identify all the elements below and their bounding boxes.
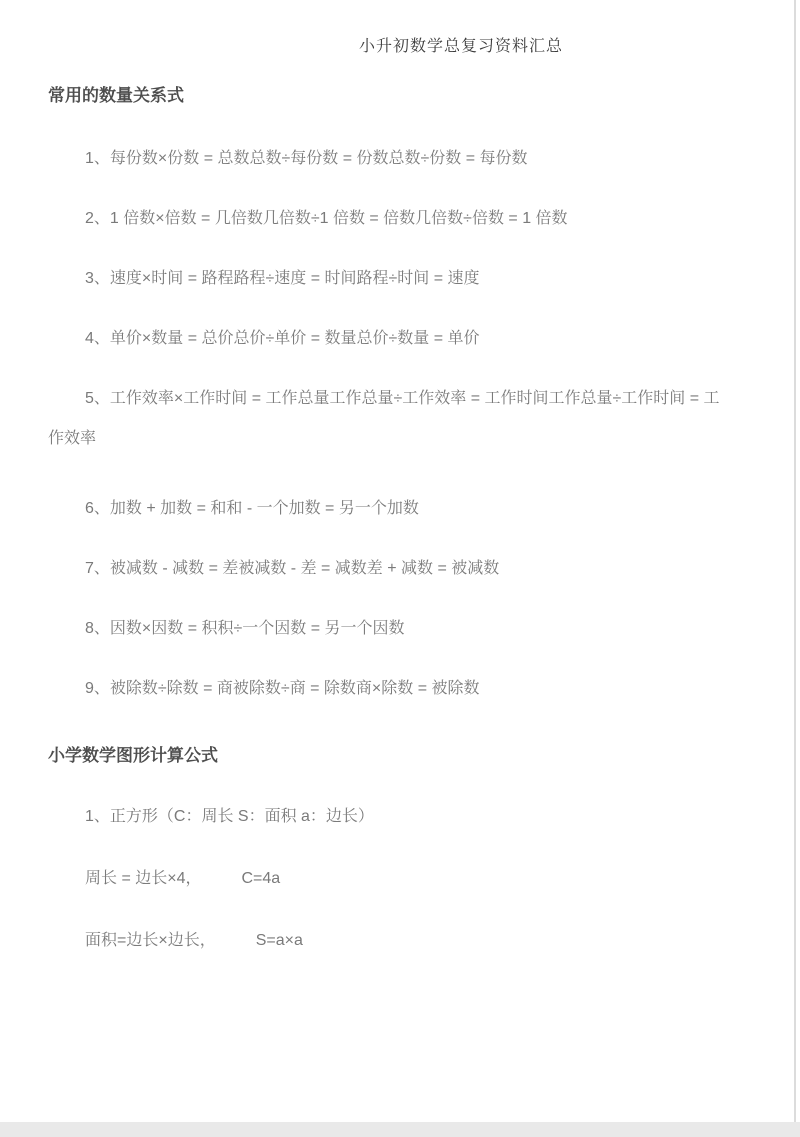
formula-line-1: 1、每份数×份数 = 总数总数÷每份数 = 份数总数÷份数 = 每份数 xyxy=(48,148,764,170)
document-page: 小升初数学总复习资料汇总 常用的数量关系式 1、每份数×份数 = 总数总数÷每份… xyxy=(0,0,800,1122)
formula-line-5-continuation: 作效率 xyxy=(48,428,764,450)
formula-line-3: 3、速度×时间 = 路程路程÷速度 = 时间路程÷时间 = 速度 xyxy=(48,268,764,290)
formula-line-2: 2、1 倍数×倍数 = 几倍数几倍数÷1 倍数 = 倍数几倍数÷倍数 = 1 倍… xyxy=(48,208,764,230)
formula-line-6: 6、加数 + 加数 = 和和 - 一个加数 = 另一个加数 xyxy=(48,498,764,520)
formula-line-7: 7、被减数 - 减数 = 差被减数 - 差 = 减数差 + 减数 = 被减数 xyxy=(48,558,764,580)
document-title: 小升初数学总复习资料汇总 xyxy=(103,36,800,58)
geometry-line-3: 面积=边长×边长， S=a×a xyxy=(48,930,764,952)
formula-line-4: 4、单价×数量 = 总价总价÷单价 = 数量总价÷数量 = 单价 xyxy=(48,328,764,350)
page-right-edge xyxy=(794,0,796,1122)
geometry-line-1: 1、正方形（C：周长 S：面积 a：边长） xyxy=(48,806,764,828)
formula-line-9: 9、被除数÷除数 = 商被除数÷商 = 除数商×除数 = 被除数 xyxy=(48,678,764,700)
section2-heading: 小学数学图形计算公式 xyxy=(48,744,764,768)
formula-line-8: 8、因数×因数 = 积积÷一个因数 = 另一个因数 xyxy=(48,618,764,640)
formula-line-5: 5、工作效率×工作时间 = 工作总量工作总量÷工作效率 = 工作时间工作总量÷工… xyxy=(48,388,764,410)
geometry-line-2: 周长 = 边长×4， C=4a xyxy=(48,868,764,890)
page-bottom-background-strip xyxy=(0,1122,800,1137)
section1-heading: 常用的数量关系式 xyxy=(48,84,764,108)
